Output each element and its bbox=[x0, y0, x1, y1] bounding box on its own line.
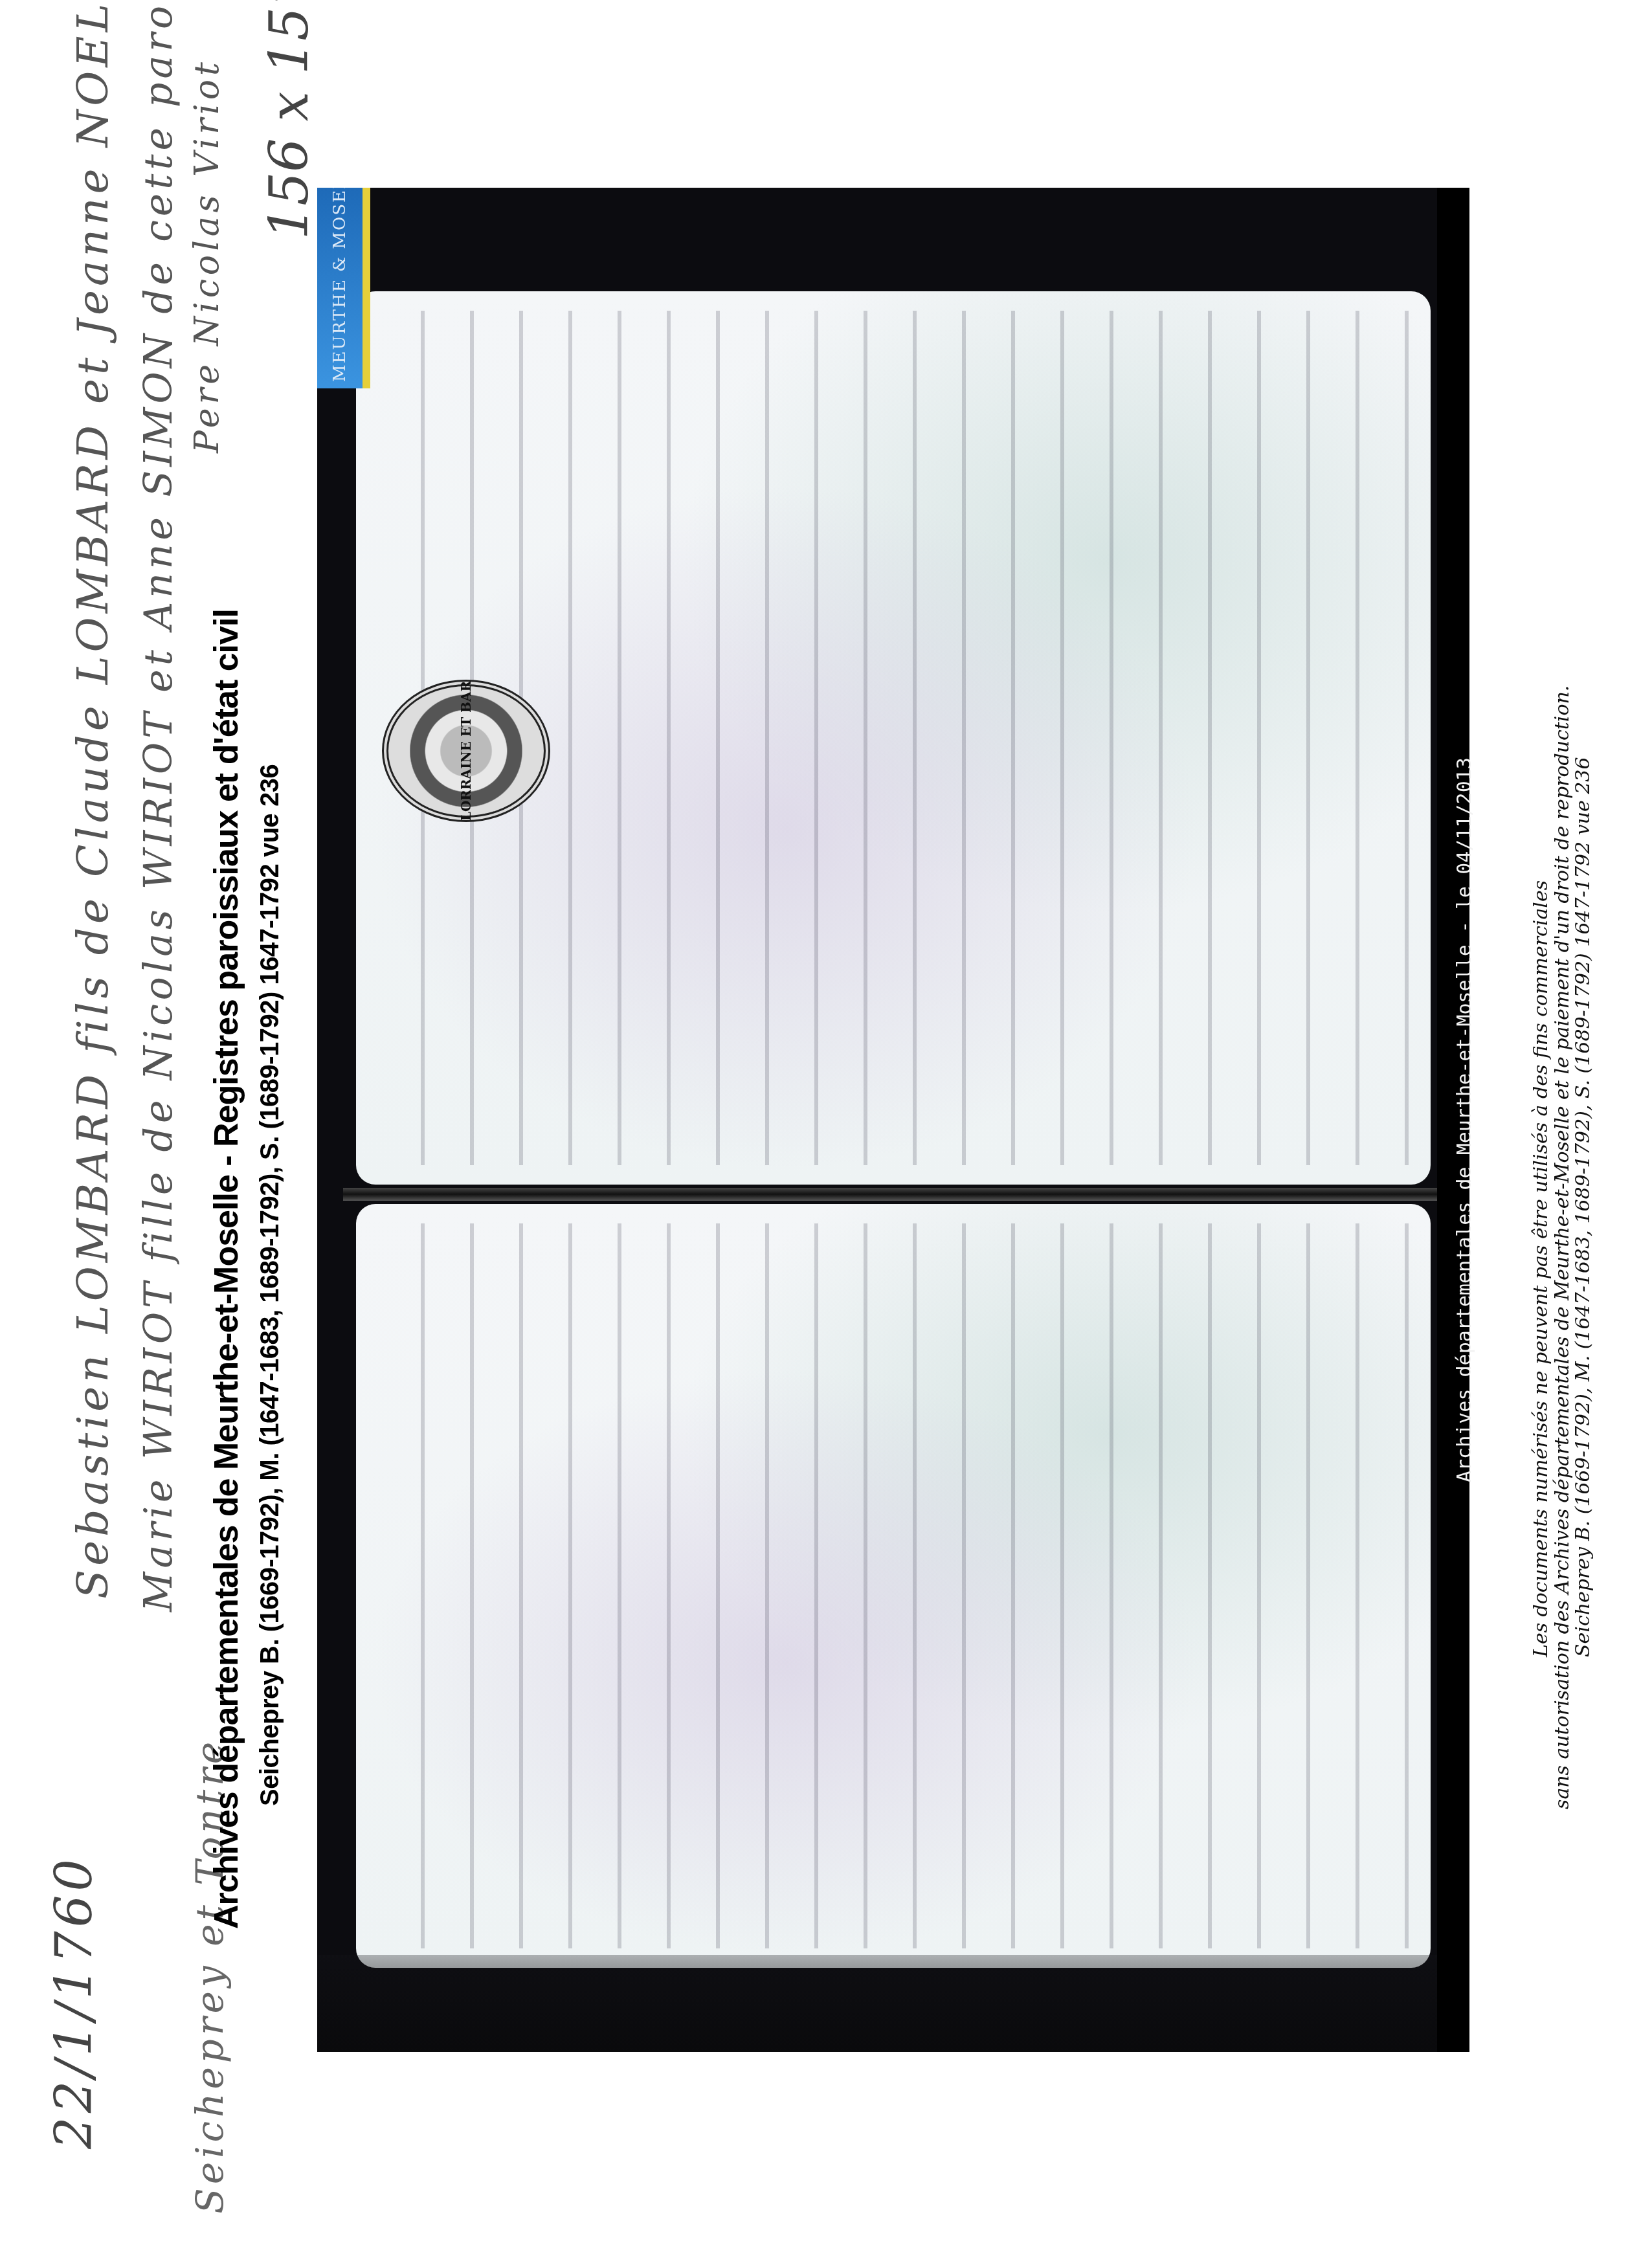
legal-notice-line2: sans autorisation des Archives départeme… bbox=[1552, 686, 1573, 1809]
handwritten-dimensions: 156 x 157 bbox=[259, 0, 320, 240]
book-edge bbox=[317, 1955, 1469, 2052]
handwritten-bride-note: Marie WIRIOT fille de Nicolas WIRIOT et … bbox=[136, 0, 181, 1612]
handwritten-witness-note: Pere Nicolas Viriot bbox=[188, 58, 227, 453]
register-page-upper: LORRAINE ET BAR bbox=[356, 291, 1431, 1185]
archive-subtitle: Seicheprey B. (1669-1792), M. (1647-1683… bbox=[256, 764, 285, 1806]
seal-stamp: LORRAINE ET BAR bbox=[382, 680, 550, 822]
meurthe-moselle-logo: MEURTHE & MOSELLE bbox=[317, 188, 370, 388]
legal-notice-line1: Les documents numérisés ne peuvent pas ê… bbox=[1531, 880, 1552, 1657]
handwritten-groom-note: Sebastien LOMBARD fils de Claude LOMBARD… bbox=[68, 0, 118, 1599]
archive-title: Archives départementales de Meurthe-et-M… bbox=[207, 609, 246, 1929]
seal-text: LORRAINE ET BAR bbox=[458, 681, 474, 821]
legal-notice-line3: Seicheprey B. (1669-1792), M. (1647-1683… bbox=[1573, 757, 1594, 1657]
archive-stamp: Archives départementales de Meurthe-et-M… bbox=[1453, 757, 1476, 1482]
register-page-lower bbox=[356, 1204, 1431, 1968]
handwritten-date: 22/1/1760 bbox=[45, 1855, 104, 2149]
register-scan: LORRAINE ET BAR MEURTHE & MOSELLE bbox=[317, 188, 1469, 2052]
handwritten-entries bbox=[375, 1223, 1411, 1948]
logo-text: MEURTHE & MOSELLE bbox=[330, 188, 350, 382]
page-fold bbox=[343, 1188, 1444, 1201]
